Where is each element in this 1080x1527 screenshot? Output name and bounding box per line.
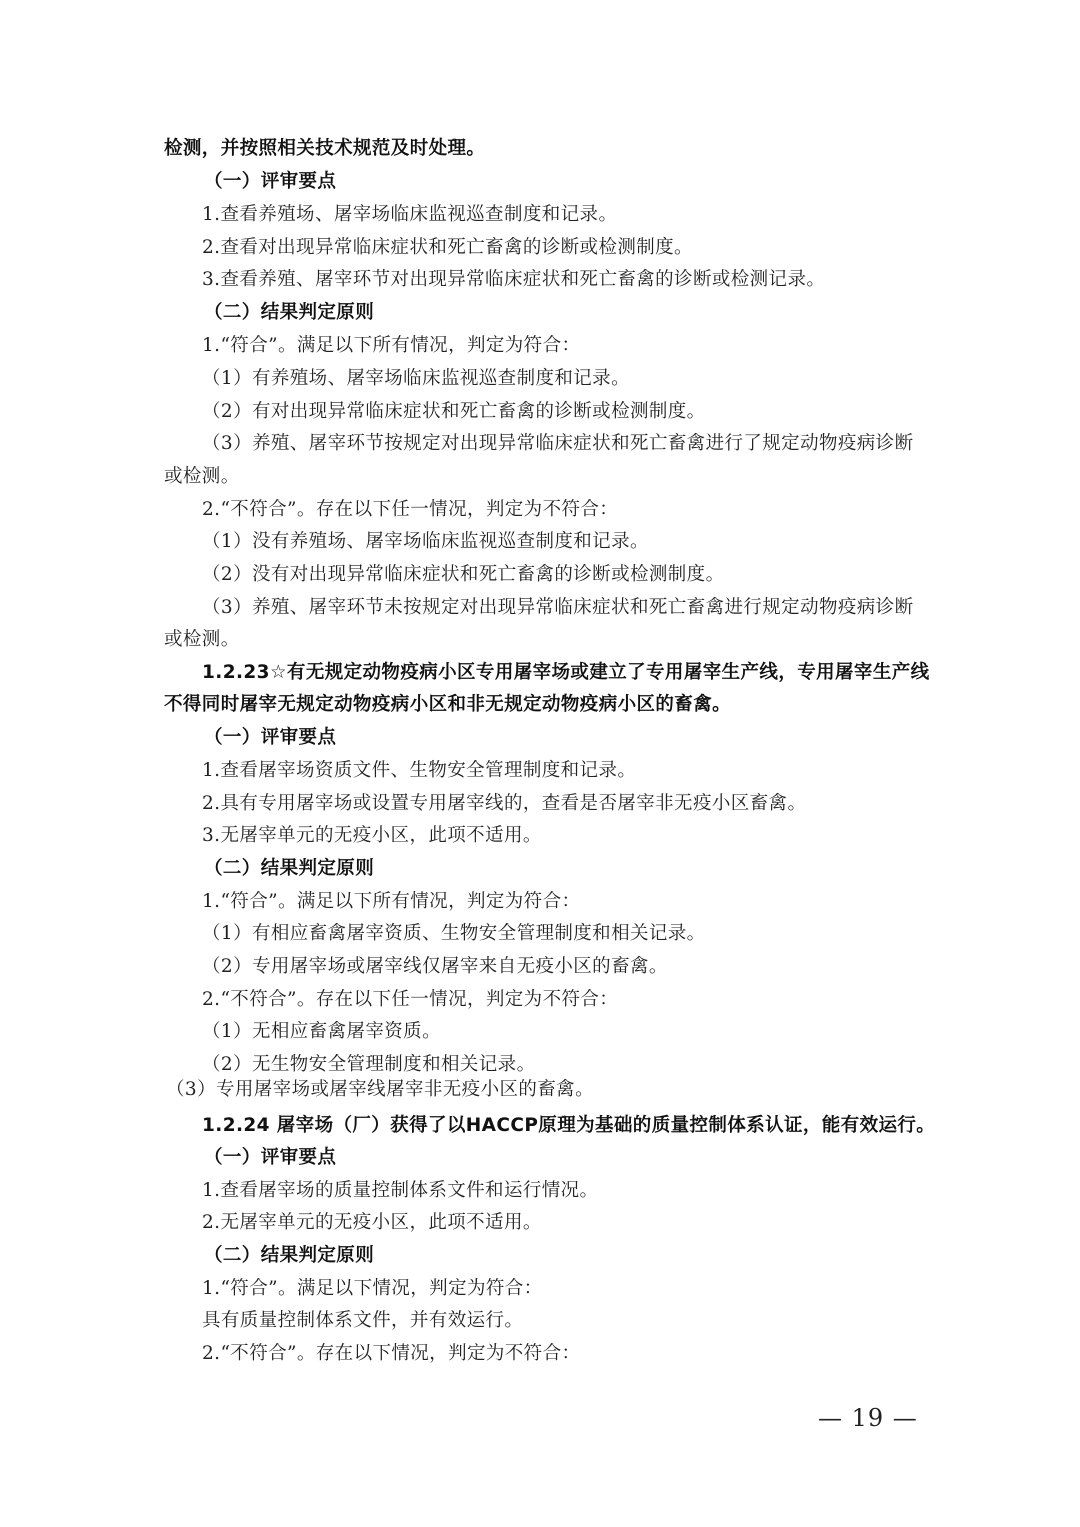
- text-line: 具有质量控制体系文件，并有效运行。: [202, 1309, 523, 1333]
- text-line: （2）无生物安全管理制度和相关记录。: [202, 1053, 535, 1077]
- text-line: （3）养殖、屠宰环节未按规定对出现异常临床症状和死亡畜禽进行规定动物疫病诊断: [202, 596, 913, 620]
- text-line: （2）没有对出现异常临床症状和死亡畜禽的诊断或检测制度。: [202, 563, 724, 587]
- heading-line: （二）结果判定原则: [204, 1244, 374, 1268]
- text-line: 2.无屠宰单元的无疫小区，此项不适用。: [202, 1211, 542, 1235]
- text-line: 3.查看养殖、屠宰环节对出现异常临床症状和死亡畜禽的诊断或检测记录。: [202, 268, 825, 292]
- text-line: 2.查看对出现异常临床症状和死亡畜禽的诊断或检测制度。: [202, 236, 693, 260]
- text-line: 1.“符合”。满足以下所有情况，判定为符合：: [202, 890, 580, 914]
- text-line: （1）没有养殖场、屠宰场临床监视巡查制度和记录。: [202, 530, 649, 554]
- heading-line: （二）结果判定原则: [204, 857, 374, 881]
- text-line: 1.查看养殖场、屠宰场临床监视巡查制度和记录。: [202, 203, 617, 227]
- text-line: 或检测。: [164, 628, 240, 652]
- text-line: （2）有对出现异常临床症状和死亡畜禽的诊断或检测制度。: [202, 400, 706, 424]
- text-line: 2.“不符合”。存在以下任一情况，判定为不符合：: [202, 498, 618, 522]
- text-line: 1.“符合”。满足以下所有情况，判定为符合：: [202, 334, 580, 358]
- text-line: 2.“不符合”。存在以下任一情况，判定为不符合：: [202, 988, 618, 1012]
- page-number: — 19 —: [818, 1404, 918, 1432]
- text-line: （3）专用屠宰场或屠宰线屠宰非无疫小区的畜禽。: [166, 1078, 594, 1102]
- text-line: （2）专用屠宰场或屠宰线仅屠宰来自无疫小区的畜禽。: [202, 955, 668, 979]
- text-line: 2.“不符合”。存在以下情况，判定为不符合：: [202, 1342, 580, 1366]
- text-line: （1）无相应畜禽屠宰资质。: [202, 1020, 441, 1044]
- text-line: （1）有相应畜禽屠宰资质、生物安全管理制度和相关记录。: [202, 922, 706, 946]
- heading-line: 不得同时屠宰无规定动物疫病小区和非无规定动物疫病小区的畜禽。: [164, 693, 731, 717]
- text-line: （1）有养殖场、屠宰场临床监视巡查制度和记录。: [202, 367, 630, 391]
- heading-line: （一）评审要点: [204, 726, 336, 750]
- heading-line: （一）评审要点: [204, 1146, 336, 1170]
- text-line: 1.“符合”。满足以下情况，判定为符合：: [202, 1277, 543, 1301]
- heading-line: 1.2.24 屠宰场（厂）获得了以HACCP原理为基础的质量控制体系认证，能有效…: [202, 1114, 935, 1138]
- text-line: 1.查看屠宰场资质文件、生物安全管理制度和记录。: [202, 759, 636, 783]
- heading-line: （二）结果判定原则: [204, 301, 374, 325]
- text-line: 1.查看屠宰场的质量控制体系文件和运行情况。: [202, 1179, 598, 1203]
- text-line: 2.具有专用屠宰场或设置专用屠宰线的，查看是否屠宰非无疫小区畜禽。: [202, 792, 806, 816]
- heading-line: 检测，并按照相关技术规范及时处理。: [164, 137, 485, 161]
- document-page: 检测，并按照相关技术规范及时处理。（一）评审要点1.查看养殖场、屠宰场临床监视巡…: [0, 0, 1080, 1527]
- heading-line: （一）评审要点: [204, 170, 336, 194]
- text-line: （3）养殖、屠宰环节按规定对出现异常临床症状和死亡畜禽进行了规定动物疫病诊断: [202, 432, 913, 456]
- text-line: 或检测。: [164, 465, 240, 489]
- text-line: 3.无屠宰单元的无疫小区，此项不适用。: [202, 824, 542, 848]
- heading-line: 1.2.23☆有无规定动物疫病小区专用屠宰场或建立了专用屠宰生产线，专用屠宰生产…: [202, 661, 930, 685]
